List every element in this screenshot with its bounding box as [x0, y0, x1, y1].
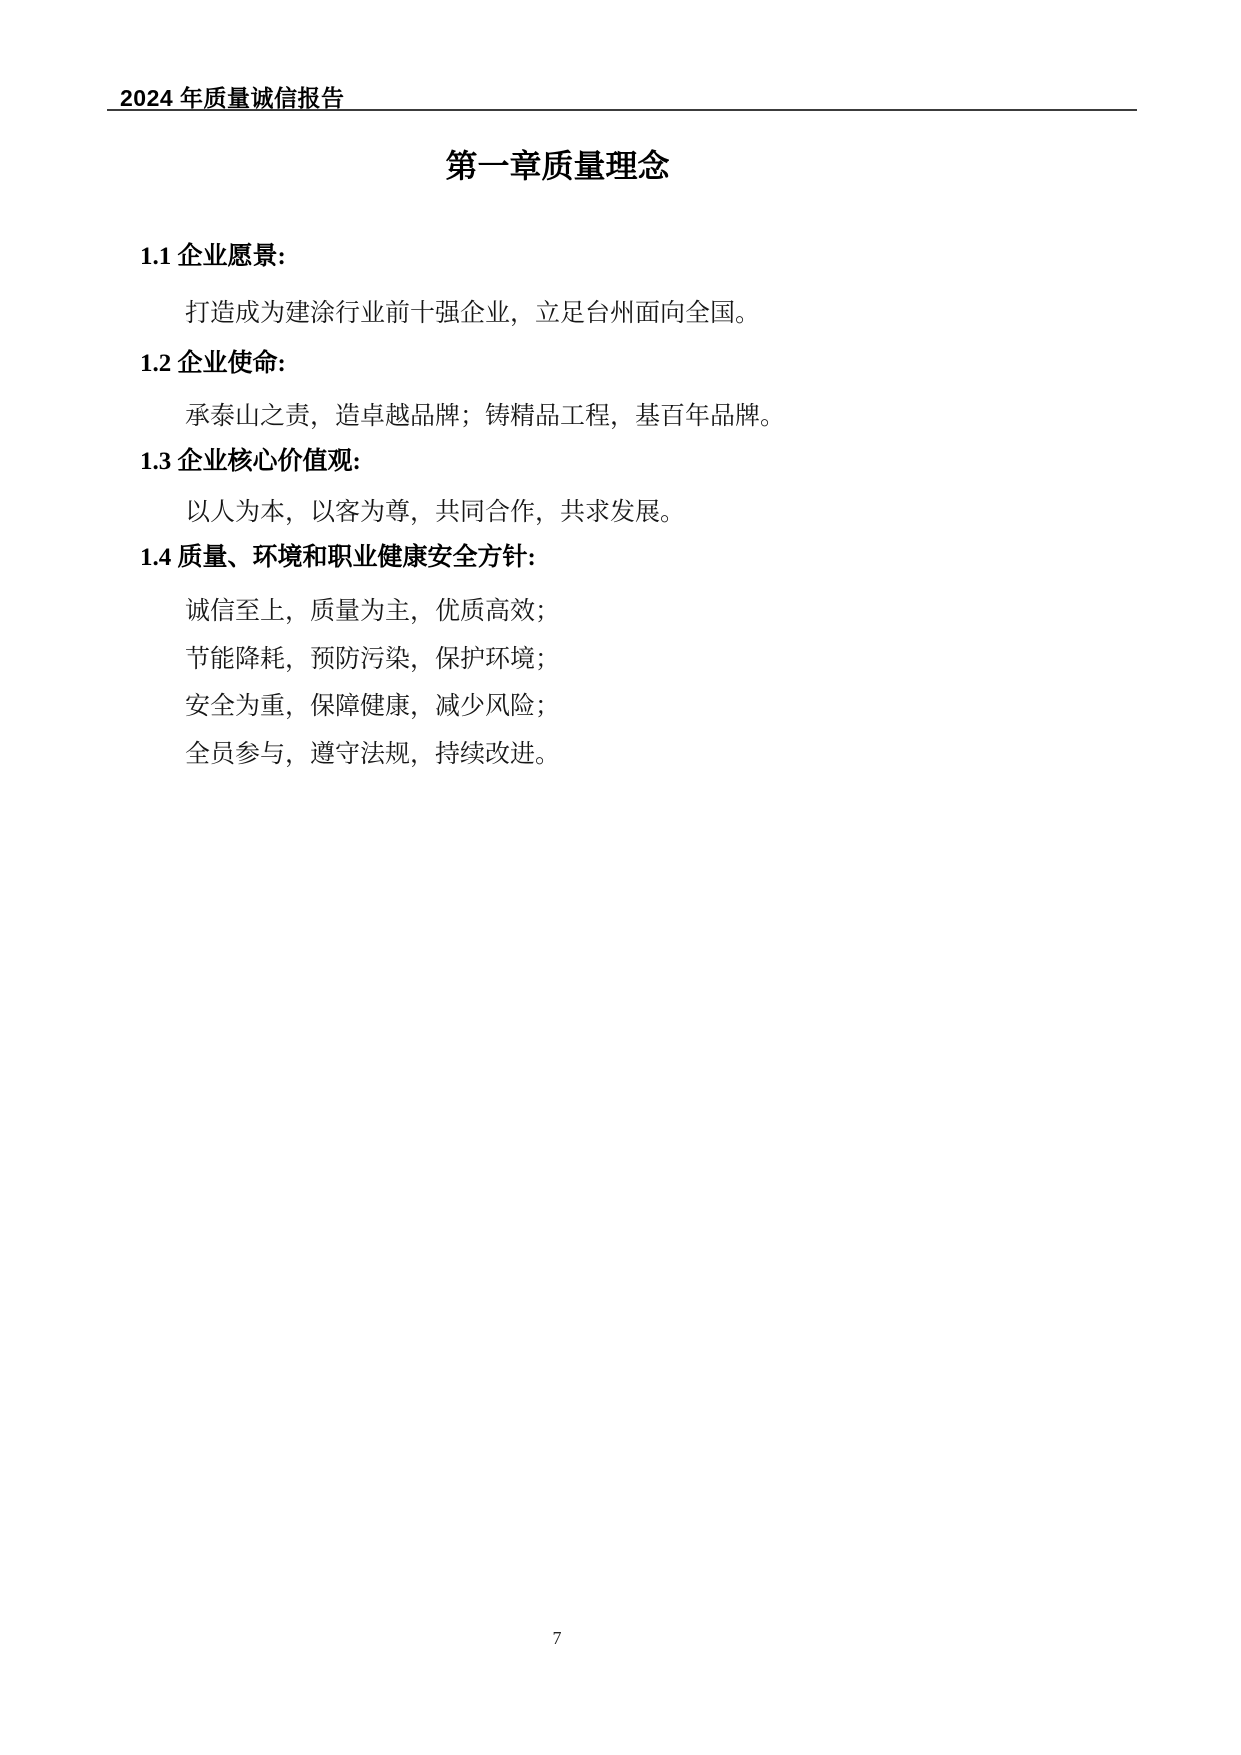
section-heading-1-1: 1.1 企业愿景: — [140, 236, 286, 272]
header-rule — [107, 109, 1137, 111]
section-heading-1-3: 1.3 企业核心价值观: — [140, 441, 361, 477]
section-body-1-2: 承泰山之责，造卓越品牌；铸精品工程，基百年品牌。 — [185, 396, 785, 432]
section-body-1-1: 打造成为建涂行业前十强企业，立足台州面向全国。 — [185, 293, 760, 329]
section-heading-1-2: 1.2 企业使命: — [140, 343, 286, 379]
policy-line-3: 安全为重，保障健康，减少风险； — [185, 686, 560, 722]
document-page: 2024 年质量诚信报告 第一章质量理念 1.1 企业愿景: 打造成为建涂行业前… — [0, 0, 1241, 1755]
section-body-1-3: 以人为本，以客为尊，共同合作，共求发展。 — [185, 492, 685, 528]
policy-line-4: 全员参与，遵守法规，持续改进。 — [185, 734, 560, 770]
policy-line-1: 诚信至上，质量为主，优质高效； — [185, 591, 560, 627]
section-heading-1-4: 1.4 质量、环境和职业健康安全方针: — [140, 537, 536, 573]
page-number: 7 — [0, 1628, 1114, 1649]
policy-line-2: 节能降耗，预防污染，保护环境； — [185, 639, 560, 675]
chapter-title: 第一章质量理念 — [120, 141, 995, 187]
